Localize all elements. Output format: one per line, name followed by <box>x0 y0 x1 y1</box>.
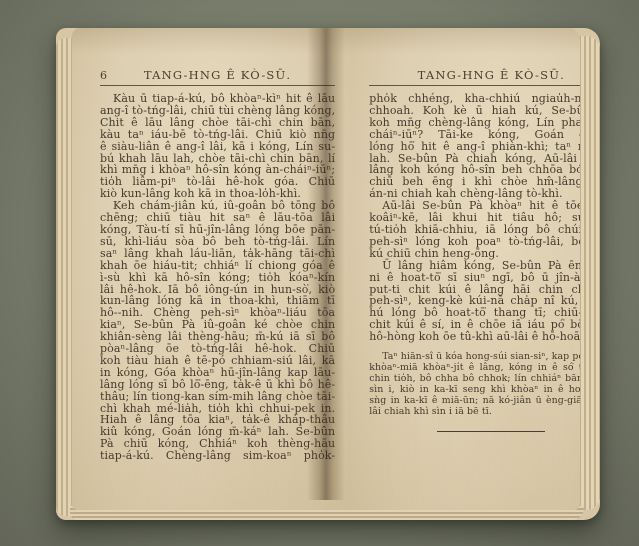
text-line: thâu; lín tiong-kan sím-mih lâng chòe tā… <box>100 391 335 403</box>
text-line: lâng lóng sī bô lō͘-ēng, ta̍k-ê ū khì bô… <box>100 379 335 391</box>
left-page: 6 TANG-HNG Ê KÒ-SŪ. Kàu ū tiap-á-kú, bô … <box>72 28 351 510</box>
text-line: Chit ê lāu lâng chòe tāi-chì chin bān, <box>100 117 335 129</box>
text-line: ni ê hoat-tō͘ sī siuⁿ ngī, bô ū jîn-ài. … <box>369 272 580 284</box>
text-line: ê siàu-liân ê ang-î lâi, kā i kóng, Lín … <box>100 141 335 153</box>
header-rule <box>369 85 580 86</box>
paragraph: Ū lâng hiâm kóng, Se-bûn Pà ēng án-ni ê … <box>369 260 580 343</box>
text-line: khah ōe hiáu-tit; chhiáⁿ lí chiong góa ê <box>100 260 335 272</box>
text-line: kàu taⁿ iáu-bē tò-tńg-lâi. Chiū kiò nn̄g <box>100 129 335 141</box>
text-line: sǹg in ka-kī ê miā-ūn; nā kó-jiân ū èng-… <box>369 396 580 407</box>
text-line: in kóng, Góa khòaⁿ hū-jîn-lâng kap lāu- <box>100 367 335 379</box>
text-line: tiap-á-kú. Chèng-lâng sim-koaⁿ pho̍k- <box>100 450 335 462</box>
paragraph: Aū-lâi Se-bûn Pà khòaⁿ hit ê tōe-sè êkoâ… <box>369 200 580 260</box>
text-line: cháiⁿ-iūⁿ? Tāi-ke kóng, Goán chēng <box>369 129 580 141</box>
text-line: ì-sù khì kā hô-sîn kóng; tio̍h kóaⁿ-kín <box>100 272 335 284</box>
text-line: hô-hòng koh ōe tû-khì aū-lâi ê hō-hoān. <box>369 331 580 343</box>
paragraph: Taⁿ hiān-sî ū kóa hong-súi sian-siⁿ, kap… <box>369 352 580 417</box>
text-line: saⁿ lâng khah láu-liān, ta̍k-hāng tāi-ch… <box>100 248 335 260</box>
text-line: lóng hō͘ hit ê ang-î phiàn-khì; taⁿ m̄ k… <box>369 141 580 153</box>
right-page: TANG-HNG Ê KÒ-SŪ. 7 pho̍k chhéng, kha-ch… <box>351 28 580 510</box>
text-line: lâi chiah khì sìn i iā bē tī. <box>369 407 580 418</box>
page-number: 6 <box>100 69 126 82</box>
paragraph: Keh chám-jiân kú, iû-goân bô tōng bôchēn… <box>100 200 335 462</box>
photo-scene: 6 TANG-HNG Ê KÒ-SŪ. Kàu ū tiap-á-kú, bô … <box>0 0 639 546</box>
left-page-header: 6 TANG-HNG Ê KÒ-SŪ. <box>100 68 335 82</box>
right-page-header: TANG-HNG Ê KÒ-SŪ. 7 <box>369 68 580 82</box>
page-spread: 6 TANG-HNG Ê KÒ-SŪ. Kàu ū tiap-á-kú, bô … <box>72 28 580 510</box>
header-rule <box>100 85 335 86</box>
text-line: koh mn̄g chèng-lâng kóng, Lín phah-sǹg <box>369 117 580 129</box>
paragraph: pho̍k chhéng, kha-chhiú ngiau̍h-ngiau̍hc… <box>369 93 580 200</box>
text-line: Ū lâng hiâm kóng, Se-bûn Pà ēng án- <box>369 260 580 272</box>
open-book: 6 TANG-HNG Ê KÒ-SŪ. Kàu ū tiap-á-kú, bô … <box>56 28 600 520</box>
text-line: kú chiū chin heng-ōng. <box>369 248 580 260</box>
section-end-rule <box>437 431 545 432</box>
text-line: peh-sìⁿ lóng koh poaⁿ tò-tńg-lâi, bô lōa… <box>369 236 580 248</box>
running-title: TANG-HNG Ê KÒ-SŪ. <box>395 68 580 82</box>
text-line: sū, khì-liáu sòa bô beh tò-tńg-lâi. Lín <box>100 236 335 248</box>
right-page-text: pho̍k chhéng, kha-chhiú ngiau̍h-ngiau̍hc… <box>369 93 580 417</box>
left-page-text: Kàu ū tiap-á-kú, bô khòaⁿ-kìⁿ hit ê lāua… <box>100 93 335 462</box>
paragraph: Kàu ū tiap-á-kú, bô khòaⁿ-kìⁿ hit ê lāua… <box>100 93 335 200</box>
running-title: TANG-HNG Ê KÒ-SŪ. <box>126 68 309 82</box>
